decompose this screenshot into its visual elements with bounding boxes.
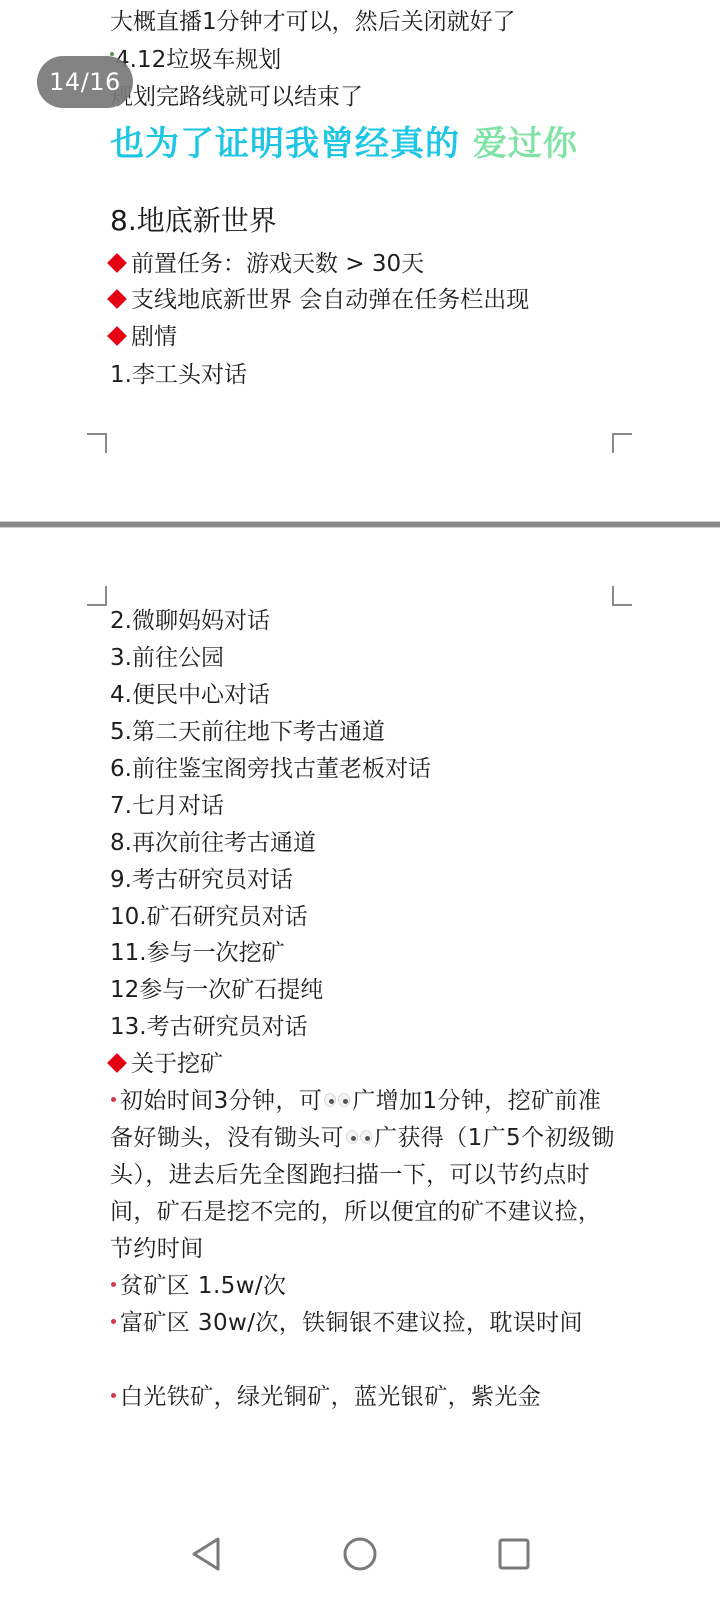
step-item: 3.前往公园 [110, 643, 224, 673]
headline-part-green: 爱过你 [473, 124, 578, 164]
eyes-emoji-icon [345, 1127, 373, 1147]
margin-corner-mark [612, 586, 632, 606]
back-icon [188, 1535, 224, 1573]
recents-button[interactable] [490, 1530, 538, 1578]
text-line: 4.12垃圾车规划 [110, 45, 281, 75]
text-line: 规划完路线就可以结束了 [110, 82, 363, 112]
bullet-dot-icon [110, 52, 114, 56]
highlight-headline: 也为了证明我曾经真的 爱过你 [110, 124, 578, 164]
back-button[interactable] [182, 1530, 230, 1578]
step-item: 5.第二天前往地下考古通道 [110, 717, 385, 747]
bullet-item: 支线地底新世界 会自动弹在任务栏出现 [106, 285, 529, 315]
margin-corner-mark [87, 586, 107, 606]
page-indicator-badge: 14/16 [37, 56, 133, 108]
home-icon [341, 1535, 379, 1573]
mining-note-paragraph: 贫矿区 1.5w/次 [110, 1268, 615, 1305]
step-item: 8.再次前往考古通道 [110, 828, 316, 858]
step-item: 10.矿石研究员对话 [110, 902, 308, 932]
red-diamond-icon [107, 1053, 127, 1073]
bullet-dot-icon [111, 1282, 116, 1287]
page-separator [0, 521, 720, 528]
section-title: 8.地底新世界 [110, 203, 277, 239]
mining-note-paragraph: 白光铁矿，绿光铜矿，蓝光银矿，紫光金 [110, 1379, 615, 1416]
red-diamond-icon [107, 253, 127, 273]
home-button[interactable] [336, 1530, 384, 1578]
bullet-item: 关于挖矿 [106, 1049, 223, 1079]
headline-part-cyan: 也为了证明我曾经真的 [110, 124, 473, 164]
margin-corner-mark [87, 433, 107, 453]
margin-corner-mark [612, 433, 632, 453]
bullet-item: 剧情 [106, 322, 177, 352]
step-item: 1.李工头对话 [110, 360, 247, 390]
mining-note-paragraph: 初始时间3分钟，可广增加1分钟，挖矿前准备好锄头，没有锄头可广获得（1广5个初级… [110, 1083, 615, 1268]
bullet-item: 前置任务：游戏天数 > 30天 [106, 249, 424, 279]
eyes-emoji-icon [323, 1090, 351, 1110]
text-line: 大概直播1分钟才可以，然后关闭就好了 [110, 7, 516, 37]
document-page-14 [0, 528, 720, 1508]
recents-icon [496, 1536, 532, 1572]
bullet-dot-icon [111, 1393, 116, 1398]
step-item: 7.七月对话 [110, 791, 224, 821]
step-item: 2.微聊妈妈对话 [110, 606, 270, 636]
bullet-dot-icon [111, 1319, 116, 1324]
step-item: 9.考古研究员对话 [110, 865, 293, 895]
system-navigation-bar [0, 1508, 720, 1600]
step-item: 12参与一次矿石提纯 [110, 975, 323, 1005]
bullet-dot-icon [111, 1097, 116, 1102]
step-item: 4.便民中心对话 [110, 680, 270, 710]
step-item: 13.考古研究员对话 [110, 1012, 308, 1042]
step-item: 11.参与一次挖矿 [110, 938, 285, 968]
step-item: 6.前往鉴宝阁旁找古董老板对话 [110, 754, 431, 784]
red-diamond-icon [107, 326, 127, 346]
mining-note-paragraph: 富矿区 30w/次，铁铜银不建议捡，耽误时间 [110, 1305, 615, 1342]
red-diamond-icon [107, 289, 127, 309]
